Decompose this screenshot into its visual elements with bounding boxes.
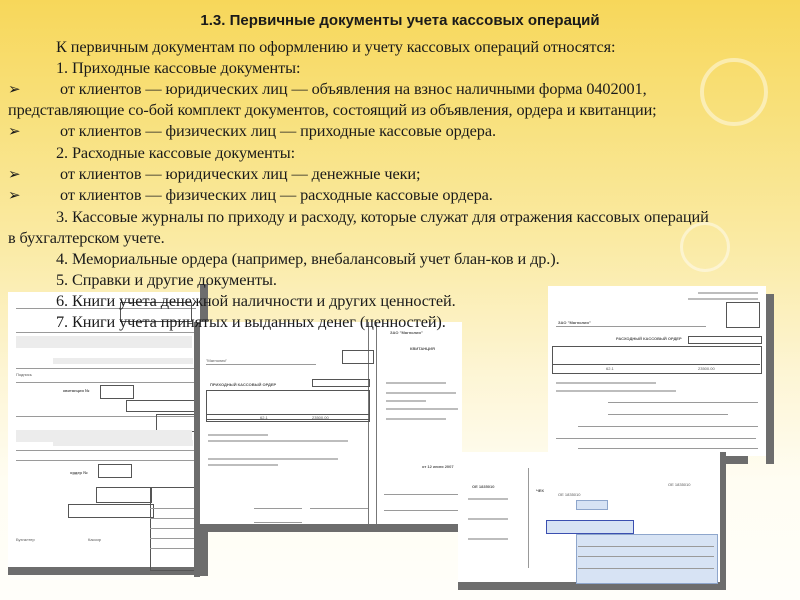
- pko-org: "Магнолия": [206, 358, 227, 363]
- form-image-cash-disbursement-order: ЗАО "Магнолия" РАСХОДНЫЙ КАССОВЫЙ ОРДЕР …: [548, 286, 766, 456]
- arrow-bullet-icon: ➢: [8, 122, 21, 141]
- receipt-number-label: квитанция №: [63, 388, 89, 393]
- list-item: 2. Расходные кассовые документы:: [56, 143, 295, 163]
- rko-title: РАСХОДНЫЙ КАССОВЫЙ ОРДЕР: [616, 336, 682, 341]
- list-item: 1. Приходные кассовые документы:: [56, 58, 300, 78]
- receipt-title: КВИТАНЦИЯ: [410, 346, 435, 351]
- list-item: от клиентов — юридических лиц — объявлен…: [60, 79, 647, 99]
- list-item: от клиентов — юридических лиц — денежные…: [60, 164, 420, 184]
- list-item: 6. Книги учета денежной наличности и дру…: [56, 291, 456, 311]
- slide-title: 1.3. Первичные документы учета кассовых …: [0, 12, 800, 29]
- arrow-bullet-icon: ➢: [8, 186, 21, 205]
- list-item: в бухгалтерском учете.: [8, 228, 165, 248]
- form-image-cash-cheque: ОЕ 1835010 ЧЕК ОЕ 1835010 ОЕ 1835010: [458, 452, 720, 582]
- intro-text: К первичным документам по оформлению и у…: [56, 37, 615, 57]
- pko-title: ПРИХОДНЫЙ КАССОВЫЙ ОРДЕР: [210, 382, 276, 387]
- form-image-cash-receipt-order: "Магнолия" ПРИХОДНЫЙ КАССОВЫЙ ОРДЕР 62.1…: [200, 322, 462, 524]
- list-item: 3. Кассовые журналы по приходу и расходу…: [56, 207, 709, 227]
- list-item: представляющие со-бой комплект документо…: [8, 100, 657, 120]
- order-number-label: ордер №: [70, 470, 88, 475]
- rko-org: ЗАО "Магнолия": [558, 320, 591, 325]
- list-item: от клиентов — физических лиц — расходные…: [60, 185, 493, 205]
- list-item: 7. Книги учета принятых и выданных денег…: [56, 312, 446, 332]
- list-item: 4. Мемориальные ордера (например, внебал…: [56, 249, 560, 269]
- decorative-swirl-icon: [700, 58, 768, 126]
- cheque-label: ЧЕК: [536, 488, 544, 493]
- list-item: от клиентов — физических лиц — приходные…: [60, 121, 496, 141]
- form-image-cash-deposit-announcement: Подпись квитанция № ордер № Бухгалтер Ка…: [8, 292, 200, 567]
- arrow-bullet-icon: ➢: [8, 165, 21, 184]
- arrow-bullet-icon: ➢: [8, 80, 21, 99]
- receipt-date: от 12 июня 2007: [422, 464, 454, 469]
- list-item: 5. Справки и другие документы.: [56, 270, 277, 290]
- decorative-swirl-icon: [680, 222, 730, 272]
